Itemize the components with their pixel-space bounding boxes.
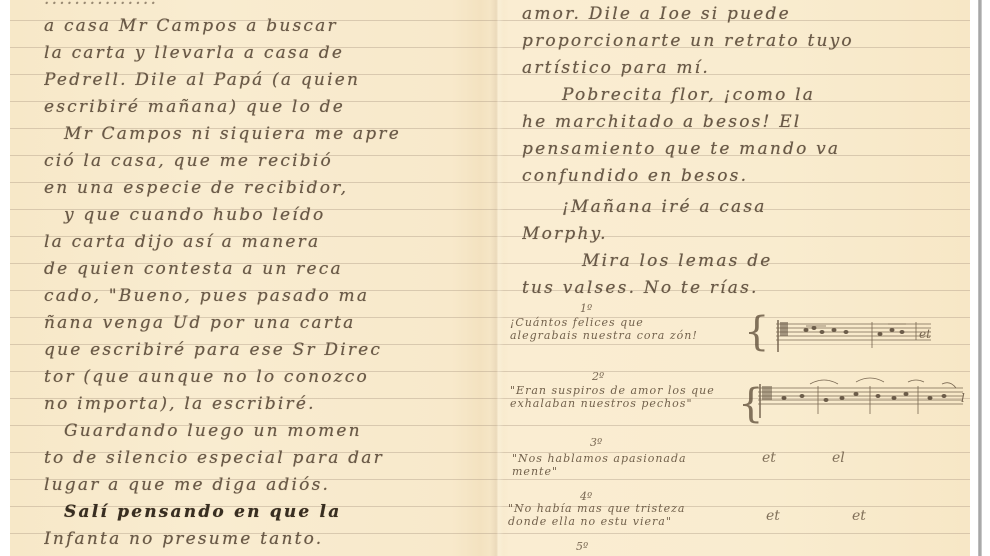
letter-line: pensamiento que te mando va <box>522 136 942 163</box>
left-column: ............... a casa Mr Campos a busca… <box>44 0 474 553</box>
music-staff-1: et <box>776 318 936 358</box>
letter-line: escribiré mañana) que lo de <box>44 94 474 121</box>
letter-line: ció la casa, que me recibió <box>44 148 474 175</box>
letter-line: no importa), la escribiré. <box>44 391 474 418</box>
letter-line: Guardando luego un momen <box>44 418 474 445</box>
music-mark: et <box>852 508 866 524</box>
letter-line: Mira los lemas de <box>522 248 942 275</box>
svg-text:et: et <box>919 327 931 341</box>
lema-text: "Nos hablamos apasionada mente" <box>512 452 712 478</box>
letter-line: la carta dijo así a manera <box>44 229 474 256</box>
letter-line: Salí pensando en que la <box>44 499 474 526</box>
letter-line: en una especie de recibidor, <box>44 175 474 202</box>
lema-number: 5º <box>576 540 588 553</box>
letter-line: que escribiré para ese Sr Direc <box>44 337 474 364</box>
letter-line: ñana venga Ud por una carta <box>44 310 474 337</box>
scanned-letter-image: ............... a casa Mr Campos a busca… <box>0 0 990 556</box>
scan-edge-shadow <box>978 0 982 556</box>
letter-line: Pedrell. Dile al Papá (a quien <box>44 67 474 94</box>
letter-line: tus valses. No te rías. <box>522 275 942 302</box>
letter-line: amor. Dile a Ioe si puede <box>522 1 942 28</box>
lema-text: ¡Cuántos felices que alegrabais nuestra … <box>510 316 710 342</box>
letter-line: Infanta no presume tanto. <box>44 526 474 553</box>
right-column: amor. Dile a Ioe si puede proporcionarte… <box>522 1 942 302</box>
center-fold <box>490 0 504 556</box>
letter-line: lugar a que me diga adiós. <box>44 472 474 499</box>
letter-line: Morphy. <box>522 221 942 248</box>
letter-line: a casa Mr Campos a buscar <box>44 13 474 40</box>
letter-line: confundido en besos. <box>522 163 942 190</box>
music-mark: et <box>766 508 780 524</box>
letter-line: la carta y llevarla a casa de <box>44 40 474 67</box>
letter-line: ............... <box>44 0 474 13</box>
letter-line: cado, "Bueno, pues pasado ma <box>44 283 474 310</box>
lema-text: "Eran suspiros de amor los que exhalaban… <box>510 384 730 410</box>
letter-line: ¡Mañana iré a casa <box>522 194 942 221</box>
letter-line: de quien contesta a un reca <box>44 256 474 283</box>
letter-line: Pobrecita flor, ¡como la <box>522 82 942 109</box>
lema-number: 3º <box>590 436 602 449</box>
letter-line: Mr Campos ni siquiera me apre <box>44 121 474 148</box>
letter-line: to de silencio especial para dar <box>44 445 474 472</box>
lema-text: "No había mas que tristeza donde ella no… <box>508 502 708 528</box>
lema-number: 2º <box>592 370 604 383</box>
letter-line: proporcionarte un retrato tuyo <box>522 28 942 55</box>
letter-line: tor (que aunque no lo conozco <box>44 364 474 391</box>
letter-line: he marchitado a besos! El <box>522 109 942 136</box>
letter-paper: ............... a casa Mr Campos a busca… <box>10 0 970 556</box>
letter-line: artístico para mí. <box>522 55 942 82</box>
music-mark: et <box>762 450 776 466</box>
music-staff-2: l <box>758 374 970 424</box>
lema-number: 1º <box>580 302 592 315</box>
brace-mark: { <box>744 312 769 352</box>
svg-text:l: l <box>961 391 965 405</box>
music-mark: el <box>832 450 845 466</box>
letter-line: y que cuando hubo leído <box>44 202 474 229</box>
